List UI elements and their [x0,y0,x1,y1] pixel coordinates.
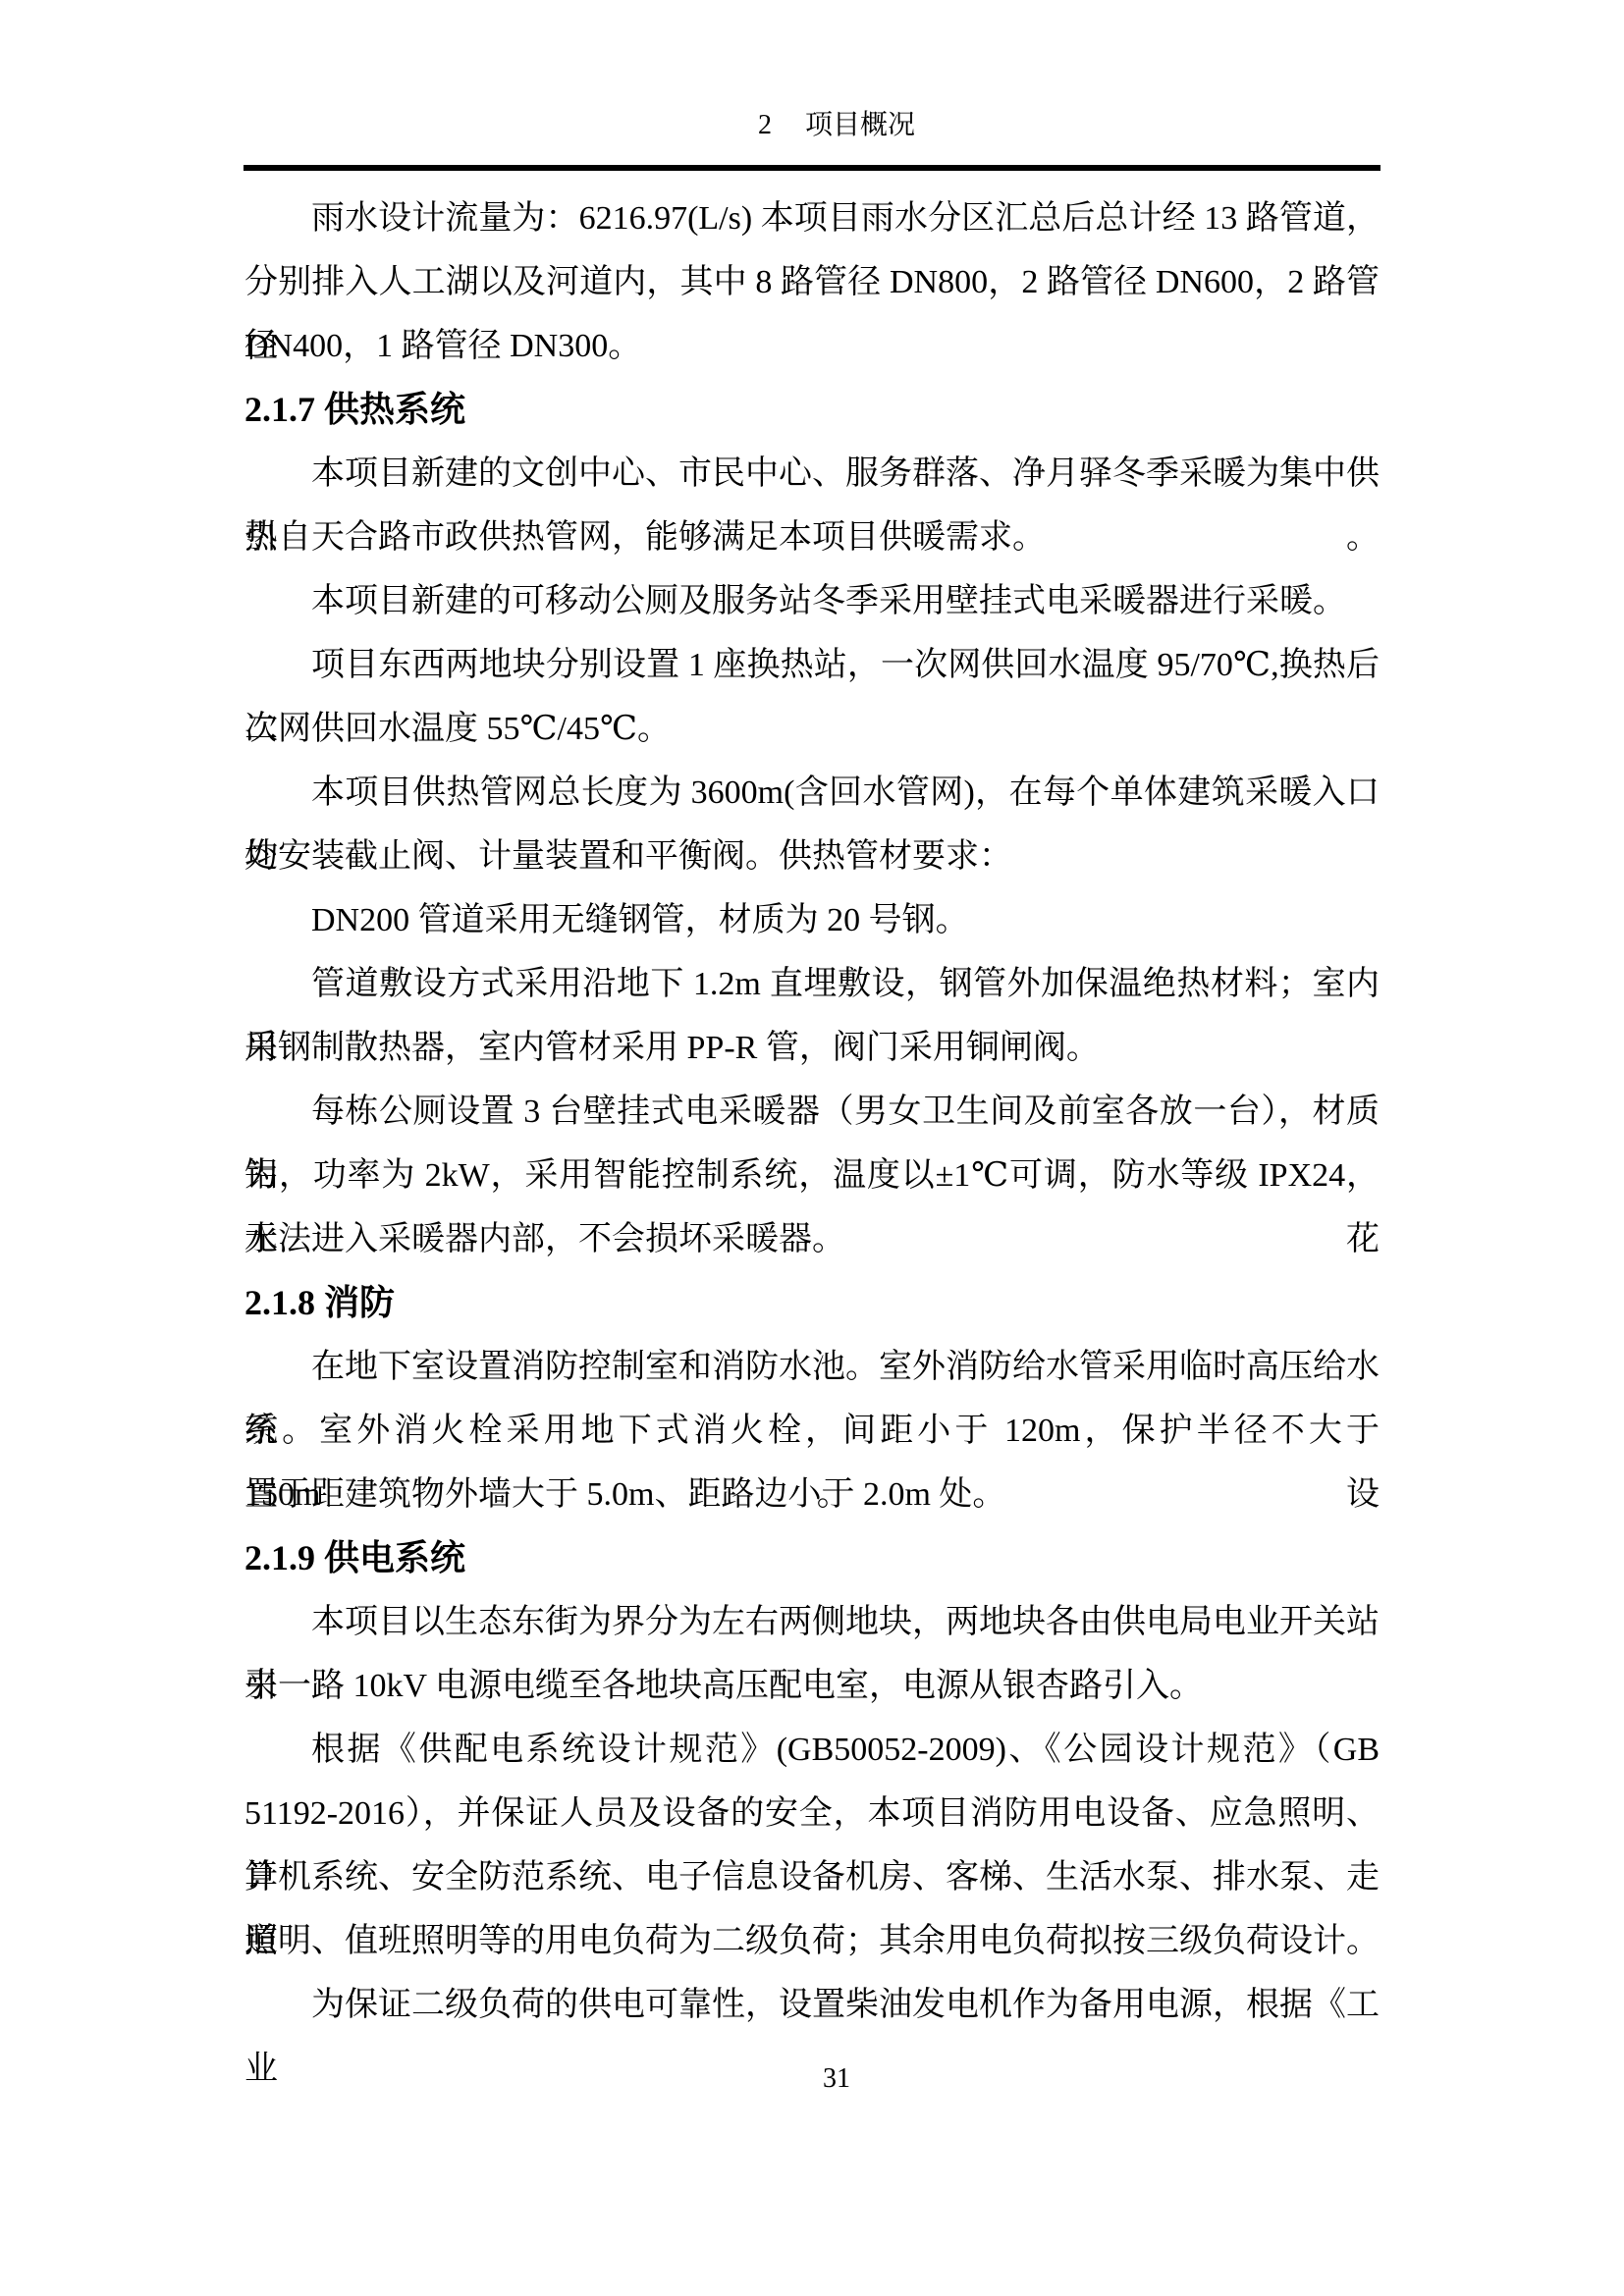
paragraph-line: DN400，1 路管径 DN300。 [244,314,1380,378]
paragraph-line: 本项目新建的文创中心、市民中心、服务群落、净月驿冬季采暖为集中供热。 [244,442,1380,506]
paragraph-line: 来一路 10kV 电源电缆至各地块高压配电室，电源从银杏路引入。 [244,1654,1380,1718]
page-number: 31 [269,2059,1404,2099]
paragraph-line: 为保证二级负荷的供电可靠性，设置柴油发电机作为备用电源，根据《工业 [244,1973,1380,2037]
section-heading: 2.1.8 消防 [244,1271,1380,1335]
header-rule [244,165,1380,171]
paragraph-line: 在地下室设置消防控制室和消防水池。室外消防给水管采用临时高压给水系 [244,1335,1380,1399]
paragraph-line: 算机系统、安全防范系统、电子信息设备机房、客梯、生活水泵、排水泵、走道 [244,1845,1380,1909]
paragraph-line: 每栋公厕设置 3 台壁挂式电采暖器（男女卫生间及前室各放一台），材质为 [244,1080,1380,1144]
chapter-number: 2 [758,110,772,140]
paragraph-line: 51192-2016），并保证人员及设备的安全，本项目消防用电设备、应急照明、计 [244,1782,1380,1845]
paragraph-line: 用钢制散热器，室内管材采用 PP-R 管，阀门采用铜闸阀。 [244,1016,1380,1080]
paragraph-line: 项目东西两地块分别设置 1 座换热站，一次网供回水温度 95/70℃,换热后二 [244,633,1380,697]
paragraph-line: 雨水设计流量为：6216.97(L/s) 本项目雨水分区汇总后总计经 13 路管… [244,187,1380,250]
paragraph-line: 本项目供热管网总长度为 3600m(含回水管网)，在每个单体建筑采暖入口处 [244,761,1380,825]
paragraph-line: DN200 管道采用无缝钢管，材质为 20 号钢。 [244,888,1380,952]
document-body: 雨水设计流量为：6216.97(L/s) 本项目雨水分区汇总后总计经 13 路管… [244,187,1380,2037]
paragraph-line: 分别排入人工湖以及河道内，其中 8 路管径 DN800，2 路管径 DN600，… [244,250,1380,314]
paragraph-line: 照明、值班照明等的用电负荷为二级负荷；其余用电负荷拟按三级负荷设计。 [244,1909,1380,1973]
chapter-title: 项目概况 [805,110,915,140]
paragraph-line: 管道敷设方式采用沿地下 1.2m 直埋敷设，钢管外加保温绝热材料；室内采 [244,952,1380,1016]
section-heading: 2.1.7 供热系统 [244,378,1380,442]
paragraph-line: 根据《供配电系统设计规范》(GB50052-2009)、《公园设计规范》（GB [244,1718,1380,1782]
page-header: 2项目概况 [269,104,1404,147]
document-page: 2项目概况 雨水设计流量为：6216.97(L/s) 本项目雨水分区汇总后总计经… [0,0,1624,2296]
paragraph-line: 本项目新建的可移动公厕及服务站冬季采用壁挂式电采暖器进行采暖。 [244,569,1380,633]
paragraph-line: 本项目以生态东街为界分为左右两侧地块，两地块各由供电局电业开关站引 [244,1590,1380,1654]
section-heading: 2.1.9 供电系统 [244,1526,1380,1590]
paragraph-line: 次网供回水温度 55℃/45℃。 [244,697,1380,761]
paragraph-line: 均安装截止阀、计量装置和平衡阀。供热管材要求： [244,825,1380,888]
paragraph-line: 统。室外消火栓采用地下式消火栓，间距小于 120m，保护半径不大于 150m。设 [244,1399,1380,1463]
paragraph-line: 铝，功率为 2kW，采用智能控制系统，温度以±1℃可调，防水等级 IPX24，水… [244,1144,1380,1207]
